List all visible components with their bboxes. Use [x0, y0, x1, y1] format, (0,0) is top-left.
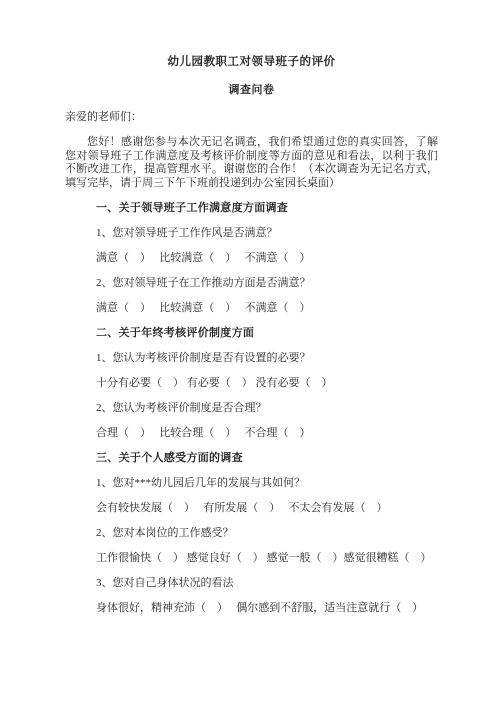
section-1-question-2: 2、您对领导班子在工作推动方面是否满意？: [96, 277, 438, 290]
section-2-question-1-options: 十分有必要（ ） 有必要（ ） 没有必要（ ）: [96, 377, 438, 390]
section-assessment-system: 二、关于年终考核评价制度方面 1、您认为考核评价制度是否有设置的必要？ 十分有必…: [65, 327, 438, 440]
section-3-question-1: 1、您对***幼儿园后几年的发展与其如何？: [96, 477, 438, 490]
salutation-line: 亲爱的老师们：: [65, 111, 438, 124]
section-2-question-2: 2、您认为考核评价制度是否合理？: [96, 402, 438, 415]
section-2-question-1: 1、您认为考核评价制度是否有设置的必要？: [96, 352, 438, 365]
section-2-question-2-options: 合理（ ） 比较合理（ ） 不合理（ ）: [96, 427, 438, 440]
section-1-question-1-options: 满意（ ） 比较满意（ ） 不满意（ ）: [96, 252, 438, 265]
document-subtitle: 调查问卷: [65, 84, 438, 97]
section-3-question-2: 2、您对本岗位的工作感受？: [96, 527, 438, 540]
section-3-question-3-options: 身体很好，精神充沛（ ） 偶尔感到不舒服，适当注意就行（ ）: [96, 602, 438, 615]
section-2-heading: 二、关于年终考核评价制度方面: [96, 327, 438, 340]
document-title: 幼儿园教职工对领导班子的评价: [65, 56, 438, 69]
section-3-heading: 三、关于个人感受方面的调查: [96, 452, 438, 465]
intro-paragraph: 您好！感谢您参与本次无记名调查，我们希望通过您的真实回答，了解您对领导班子工作满…: [65, 136, 438, 190]
document-page: 幼儿园教职工对领导班子的评价 调查问卷 亲爱的老师们： 您好！感谢您参与本次无记…: [0, 0, 500, 707]
section-1-question-2-options: 满意（ ） 比较满意（ ） 不满意（ ）: [96, 302, 438, 315]
section-leadership-satisfaction: 一、关于领导班子工作满意度方面调查 1、您对领导班子工作作风是否满意？ 满意（ …: [65, 202, 438, 315]
section-1-question-1: 1、您对领导班子工作作风是否满意？: [96, 227, 438, 240]
section-personal-feelings: 三、关于个人感受方面的调查 1、您对***幼儿园后几年的发展与其如何？ 会有较快…: [65, 452, 438, 615]
section-3-question-3: 3、您对自己身体状况的看法: [96, 577, 438, 590]
section-3-question-1-options: 会有较快发展（ ） 有所发展（ ） 不太会有发展（ ）: [96, 502, 438, 515]
section-1-heading: 一、关于领导班子工作满意度方面调查: [96, 202, 438, 215]
section-3-question-2-options: 工作很愉快（ ） 感觉良好（ ） 感觉一般（ ）感觉很糟糕（ ）: [96, 552, 438, 565]
